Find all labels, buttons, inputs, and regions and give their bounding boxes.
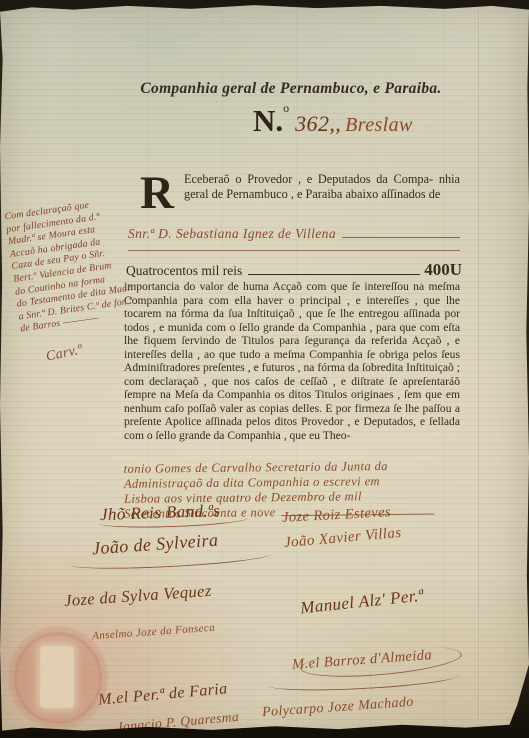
- dash-fill-line: [248, 274, 420, 275]
- vertical-fold-crease: [478, 10, 480, 720]
- signature: M.el Per.ª de Faria: [97, 680, 228, 709]
- payee-name: Snr.ª D. Sebastiana Ignez de Villena: [128, 226, 336, 242]
- margin-annotation: Com declaraçaõ que por fallecimento da d…: [4, 194, 148, 337]
- number-prefix: N.: [253, 103, 283, 138]
- certificate-number-line: N.o 362,, Breslaw: [253, 103, 413, 139]
- number-ordinal-sup: o: [283, 101, 289, 115]
- amount-numeric: 400U: [424, 260, 462, 280]
- amount-line: Quatrocentos mil reis 400U: [126, 260, 462, 280]
- holder-annotation: Breslaw: [345, 114, 413, 136]
- ruled-line: [342, 237, 460, 238]
- horizontal-crease: [6, 152, 523, 154]
- signature: Polycarpo Joze Machado: [262, 695, 415, 722]
- signature: João Xavier Villas: [283, 525, 402, 552]
- red-wax-seal: [8, 626, 108, 730]
- aged-paper-certificate: Companhia geral de Pernambuco, e Paraiba…: [0, 0, 529, 738]
- intro-paragraph: R Eceberaõ o Provedor , e Deputados da C…: [140, 172, 460, 212]
- signature: Joze da Sylva Vequez: [63, 581, 212, 611]
- amount-in-words: Quatrocentos mil reis: [126, 263, 242, 279]
- intro-text: Eceberaõ o Provedor , e Deputados da Com…: [184, 172, 460, 201]
- certificate-number: 362,,: [295, 111, 341, 136]
- drop-cap-R: R: [140, 174, 174, 212]
- blank-ruled-line: [128, 250, 460, 251]
- payee-line: Snr.ª D. Sebastiana Ignez de Villena: [128, 226, 460, 242]
- signature: Ignacio P. Quaresma: [118, 709, 240, 736]
- company-title: Companhia geral de Pernambuco, e Paraiba…: [122, 80, 460, 98]
- certificate-body-text: importancia do valor de huma Acçaõ com q…: [124, 280, 460, 442]
- signature: Anselmo Joze da Fonseca: [92, 622, 216, 643]
- margin-signature: Carv.º: [45, 342, 85, 365]
- signature: Manuel Alz' Per.ª: [299, 586, 424, 619]
- seal-inner-panel: [40, 646, 74, 708]
